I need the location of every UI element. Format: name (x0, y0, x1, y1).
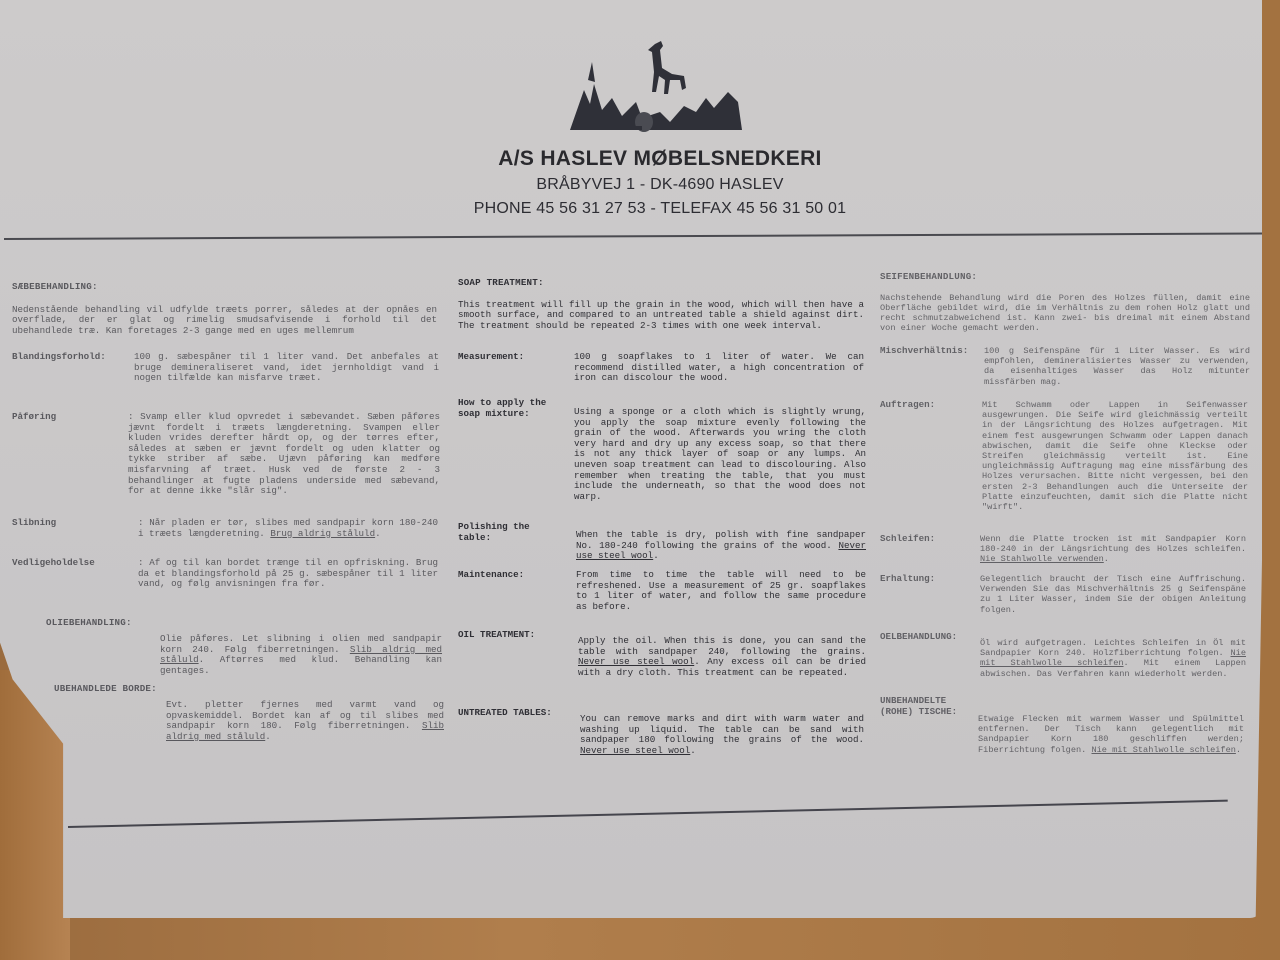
section-label: Påføring (12, 412, 132, 423)
section-text: : Svamp eller klud opvredet i sæbevandet… (128, 412, 440, 497)
section-label: Slibning (12, 518, 132, 529)
english-heading: SOAP TREATMENT: (458, 278, 866, 289)
section-label: Blandingsforhold: (12, 352, 132, 363)
german-heading: SEIFENBEHANDLUNG: (880, 272, 1250, 283)
danish-column: SÆBEBEHANDLING: Nedenstående behandling … (12, 282, 442, 336)
german-intro: Nachstehende Behandlung wird die Poren d… (880, 293, 1250, 334)
section-text: Gelegentlich braucht der Tisch eine Auff… (980, 574, 1246, 615)
danish-oil-heading-row: OLIEBEHANDLING: (46, 618, 132, 629)
footer-divider (68, 800, 1228, 828)
danish-oil-text: Olie påføres. Let slibning i olien med s… (160, 634, 442, 676)
section-text: Using a sponge or a cloth which is sligh… (574, 407, 866, 502)
company-name: A/S HASLEV MØBELSNEDKERI (440, 147, 880, 171)
deer-forest-logo-icon (560, 40, 760, 135)
section-text: Mit Schwamm oder Lappen in Seifenwasser … (982, 400, 1248, 512)
german-column: SEIFENBEHANDLUNG: Nachstehende Behandlun… (880, 272, 1250, 333)
company-address: BRÅBYVEJ 1 - DK-4690 HASLEV (440, 176, 880, 194)
section-text: : Af og til kan bordet trænge til en opf… (138, 558, 438, 590)
section-text: Apply the oil. When this is done, you ca… (578, 636, 866, 678)
section-label: Measurement: (458, 352, 578, 363)
section-label: How to apply the soap mixture: (458, 398, 563, 419)
section-text: Öl wird aufgetragen. Leichtes Schleifen … (980, 638, 1246, 679)
section-text: Etwaige Flecken mit warmem Wasser und Sp… (978, 714, 1244, 755)
section-label: OIL TREATMENT: (458, 630, 578, 641)
danish-intro: Nedenstående behandling vil udfylde træe… (12, 305, 437, 337)
section-label: Mischverhältnis: (880, 346, 1000, 357)
danish-heading: SÆBEBEHANDLING: (12, 282, 442, 293)
section-text: 100 g Seifenspäne für 1 Liter Wasser. Es… (984, 346, 1250, 387)
section-text: : Når pladen er tør, slibes med sandpapi… (138, 518, 438, 539)
section-text: When the table is dry, polish with fine … (576, 530, 866, 562)
header-divider (4, 232, 1280, 240)
danish-oil-heading: OLIEBEHANDLING: (46, 618, 132, 629)
english-intro: This treatment will fill up the grain in… (458, 300, 864, 332)
section-label: UNBEHANDELTE (ROHE) TISCHE: (880, 696, 970, 717)
company-phone-fax: PHONE 45 56 31 27 53 - TELEFAX 45 56 31 … (440, 200, 880, 218)
danish-untreated-heading-row: UBEHANDLEDE BORDE: (54, 684, 157, 695)
section-label: Vedligeholdelse (12, 558, 132, 569)
section-label: Polishing the table: (458, 522, 548, 543)
section-text: From time to time the table will need to… (576, 570, 866, 612)
section-text: Wenn die Platte trocken ist mit Sandpapi… (980, 534, 1246, 565)
section-text: 100 g. sæbespåner til 1 liter vand. Det … (134, 352, 439, 384)
danish-untreated-text: Evt. pletter fjernes med varmt vand og o… (166, 700, 444, 742)
care-instructions-sheet: A/S HASLEV MØBELSNEDKERI BRÅBYVEJ 1 - DK… (0, 0, 1262, 918)
danish-untreated-heading: UBEHANDLEDE BORDE: (54, 684, 157, 695)
section-text: 100 g soapflakes to 1 liter of water. We… (574, 352, 864, 384)
section-label: Maintenance: (458, 570, 578, 581)
section-text: You can remove marks and dirt with warm … (580, 714, 864, 756)
letterhead: A/S HASLEV MØBELSNEDKERI BRÅBYVEJ 1 - DK… (440, 40, 880, 218)
english-column: SOAP TREATMENT: This treatment will fill… (458, 278, 866, 331)
section-label: UNTREATED TABLES: (458, 708, 578, 719)
